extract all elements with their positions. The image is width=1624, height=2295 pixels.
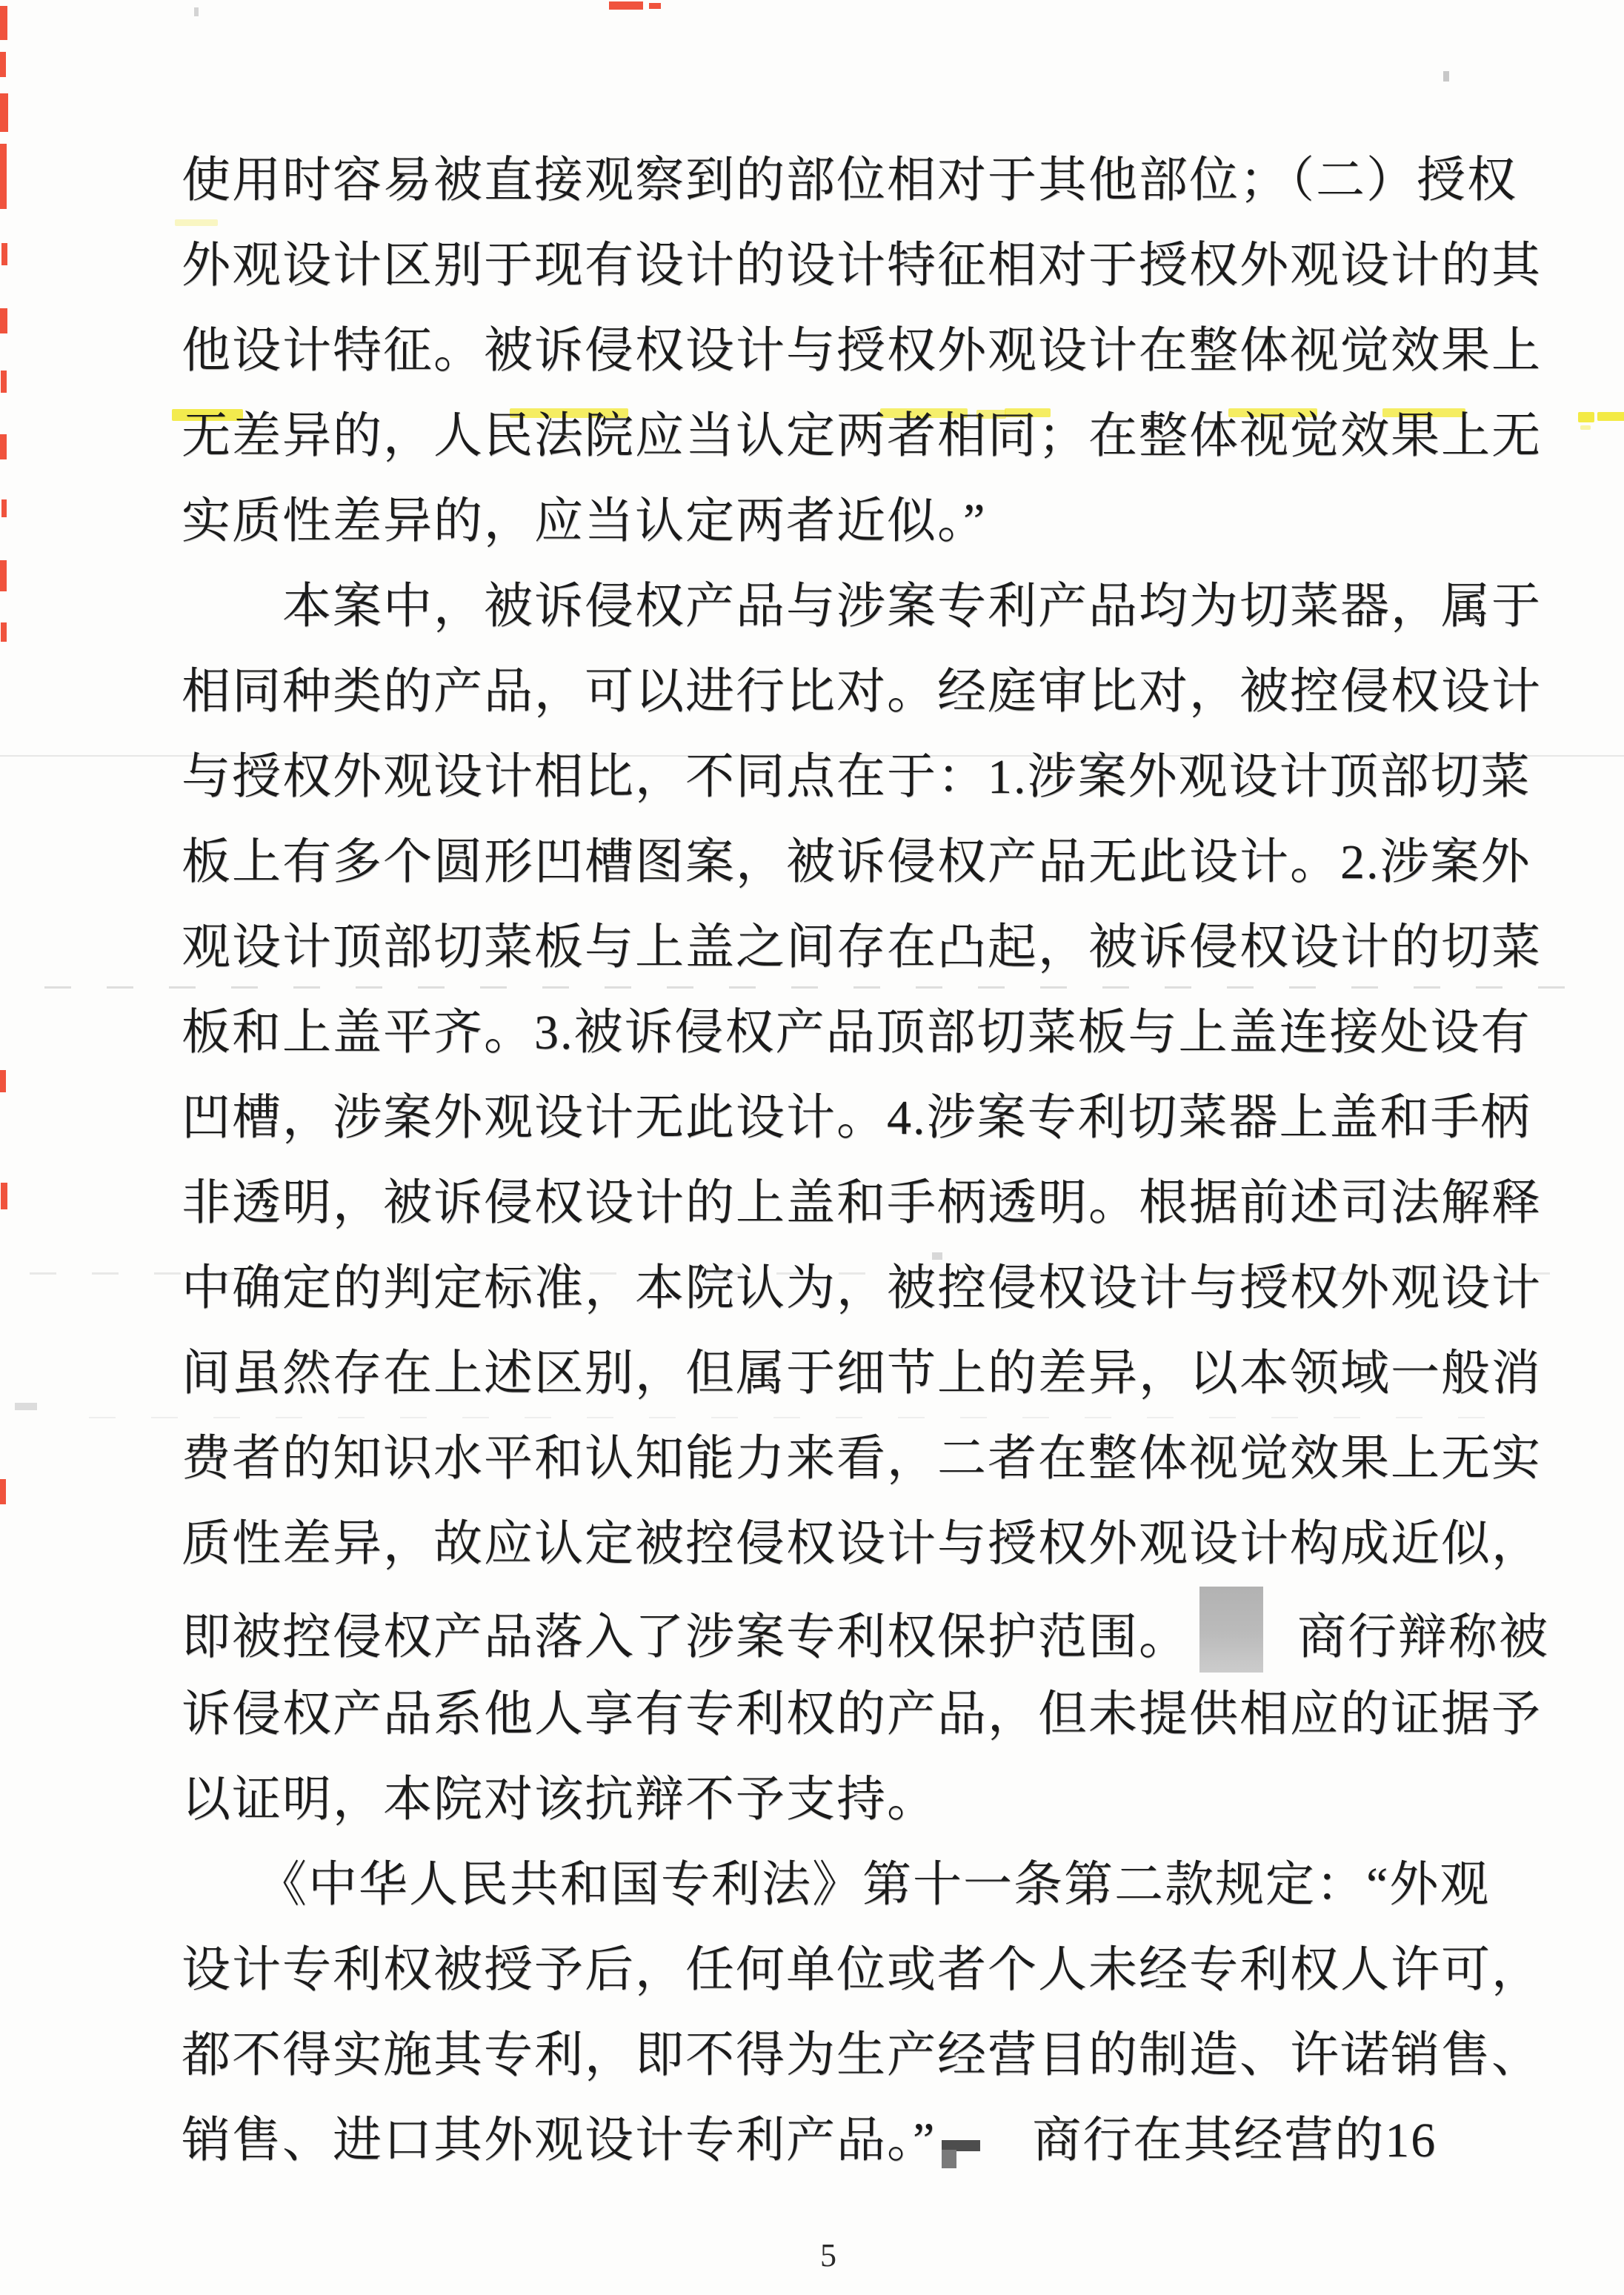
text-segment: 诉侵权产品系他人享有专利权的产品，但未提供相应的证据予 xyxy=(182,1687,1542,1741)
text-segment: 商行在其经营的16 xyxy=(1032,2113,1437,2168)
text-segment: 本案中，被诉侵权产品与涉案专利产品均为切菜器，属于 xyxy=(182,579,1542,634)
scan-speck xyxy=(194,7,199,16)
text-line: 无差异的，人民法院应当认定两者相同；在整体视觉效果上无 xyxy=(182,393,1567,479)
text-segment: 观设计顶部切菜板与上盖之间存在凸起，被诉侵权设计的切菜 xyxy=(182,920,1542,974)
text-line: 诉侵权产品系他人享有专利权的产品，但未提供相应的证据予 xyxy=(182,1672,1567,1757)
spacer xyxy=(980,2150,1032,2156)
text-line: 相同种类的产品，可以进行比对。经庭审比对，被控侵权设计 xyxy=(182,649,1567,734)
red-edge-mark xyxy=(0,52,6,77)
spacer xyxy=(1263,1647,1297,1653)
redaction-box xyxy=(1199,1587,1263,1673)
red-edge-mark xyxy=(0,144,7,209)
body-text: 使用时容易被直接观察到的部位相对于其他部位；（二）授权外观设计区别于现有设计的设… xyxy=(182,138,1567,2183)
text-segment: 设计专利权被授予后，任何单位或者个人未经专利权人许可， xyxy=(182,1943,1542,1997)
text-line: 间虽然存在上述区别，但属于细节上的差异，以本领域一般消 xyxy=(182,1331,1567,1416)
text-segment: 销售、进口其外观设计专利产品。” xyxy=(182,2113,936,2168)
text-line: 费者的知识水平和认知能力来看，二者在整体视觉效果上无实 xyxy=(182,1416,1567,1501)
text-line: 板上有多个圆形凹槽图案，被诉侵权产品无此设计。2.涉案外 xyxy=(182,820,1567,905)
text-segment: 质性差异，故应认定被控侵权设计与授权外观设计构成近似， xyxy=(182,1517,1542,1571)
text-line: 外观设计区别于现有设计的设计特征相对于授权外观设计的其 xyxy=(182,223,1567,308)
text-segment: 与授权外观设计相比，不同点在于：1.涉案外观设计顶部切菜 xyxy=(182,750,1531,804)
text-segment: 实质性差异的，应当认定两者近似。” xyxy=(182,494,986,548)
text-segment: 商行辩称被 xyxy=(1297,1610,1549,1664)
highlighter-mark xyxy=(1578,412,1594,422)
text-segment: 相同种类的产品，可以进行比对。经庭审比对，被控侵权设计 xyxy=(182,665,1542,719)
text-line: 他设计特征。被诉侵权设计与授权外观设计在整体视觉效果上 xyxy=(182,308,1567,393)
text-line: 中确定的判定标准，本院认为，被控侵权设计与授权外观设计 xyxy=(182,1246,1567,1331)
red-edge-mark xyxy=(1,1183,7,1209)
text-line: 销售、进口其外观设计专利产品。”商行在其经营的16 xyxy=(182,2098,1567,2183)
red-edge-mark xyxy=(0,308,7,333)
text-line: 与授权外观设计相比，不同点在于：1.涉案外观设计顶部切菜 xyxy=(182,734,1567,820)
text-line: 非透明，被诉侵权设计的上盖和手柄透明。根据前述司法解释 xyxy=(182,1160,1567,1246)
text-line: 凹槽，涉案外观设计无此设计。4.涉案专利切菜器上盖和手柄 xyxy=(182,1075,1567,1160)
text-segment: 非透明，被诉侵权设计的上盖和手柄透明。根据前述司法解释 xyxy=(182,1176,1542,1230)
highlighter-mark xyxy=(1580,425,1591,430)
red-edge-mark xyxy=(609,1,643,10)
red-edge-mark xyxy=(0,434,7,459)
text-segment: 板和上盖平齐。3.被诉侵权产品顶部切菜板与上盖连接处设有 xyxy=(182,1006,1531,1060)
spacer xyxy=(936,2150,942,2156)
ink-mark xyxy=(942,2140,980,2168)
text-line: 使用时容易被直接观察到的部位相对于其他部位；（二）授权 xyxy=(182,138,1567,223)
text-segment: 凹槽，涉案外观设计无此设计。4.涉案专利切菜器上盖和手柄 xyxy=(182,1091,1531,1145)
text-line: 《中华人民共和国专利法》第十一条第二款规定：“外观 xyxy=(182,1842,1567,1927)
text-line: 设计专利权被授予后，任何单位或者个人未经专利权人许可， xyxy=(182,1927,1567,2013)
text-line: 都不得实施其专利，即不得为生产经营目的制造、许诺销售、 xyxy=(182,2013,1567,2098)
red-edge-mark xyxy=(0,1479,6,1504)
red-edge-mark xyxy=(649,3,661,9)
text-line: 本案中，被诉侵权产品与涉案专利产品均为切菜器，属于 xyxy=(182,564,1567,649)
red-edge-mark xyxy=(0,93,8,132)
text-line: 实质性差异的，应当认定两者近似。” xyxy=(182,479,1567,564)
text-line: 观设计顶部切菜板与上盖之间存在凸起，被诉侵权设计的切菜 xyxy=(182,905,1567,990)
document-page: 使用时容易被直接观察到的部位相对于其他部位；（二）授权外观设计区别于现有设计的设… xyxy=(0,0,1624,2295)
page-number: 5 xyxy=(0,2236,1624,2274)
text-segment: 中确定的判定标准，本院认为，被控侵权设计与授权外观设计 xyxy=(182,1261,1542,1315)
text-segment: 他设计特征。被诉侵权设计与授权外观设计在整体视觉效果上 xyxy=(182,324,1542,378)
red-edge-mark xyxy=(0,560,7,591)
text-segment: 费者的知识水平和认知能力来看，二者在整体视觉效果上无实 xyxy=(182,1432,1542,1486)
scan-speck xyxy=(1443,71,1449,82)
text-line: 质性差异，故应认定被控侵权设计与授权外观设计构成近似， xyxy=(182,1501,1567,1587)
text-segment: 板上有多个圆形凹槽图案，被诉侵权产品无此设计。2.涉案外 xyxy=(182,835,1531,889)
text-segment: 即被控侵权产品落入了涉案专利权保护范围。 xyxy=(182,1610,1189,1664)
red-edge-mark xyxy=(1,622,7,642)
text-line: 即被控侵权产品落入了涉案专利权保护范围。商行辩称被 xyxy=(182,1587,1567,1672)
text-line: 板和上盖平齐。3.被诉侵权产品顶部切菜板与上盖连接处设有 xyxy=(182,990,1567,1075)
spacer xyxy=(1189,1647,1199,1653)
text-segment: 《中华人民共和国专利法》第十一条第二款规定：“外观 xyxy=(182,1858,1490,1912)
red-edge-mark xyxy=(0,6,7,40)
red-edge-mark xyxy=(0,1070,6,1092)
text-segment: 间虽然存在上述区别，但属于细节上的差异，以本领域一般消 xyxy=(182,1346,1542,1401)
scan-speck xyxy=(15,1403,37,1410)
red-edge-mark xyxy=(1,371,7,393)
text-line: 以证明，本院对该抗辩不予支持。 xyxy=(182,1757,1567,1842)
text-segment: 都不得实施其专利，即不得为生产经营目的制造、许诺销售、 xyxy=(182,2028,1542,2082)
red-edge-mark xyxy=(1,243,7,265)
text-segment: 无差异的，人民法院应当认定两者相同；在整体视觉效果上无 xyxy=(182,409,1542,463)
text-segment: 以证明，本院对该抗辩不予支持。 xyxy=(182,1773,937,1827)
highlighter-mark xyxy=(1597,412,1624,421)
red-edge-mark xyxy=(1,499,7,517)
text-segment: 外观设计区别于现有设计的设计特征相对于授权外观设计的其 xyxy=(182,239,1542,293)
text-segment: 使用时容易被直接观察到的部位相对于其他部位；（二）授权 xyxy=(182,153,1517,207)
